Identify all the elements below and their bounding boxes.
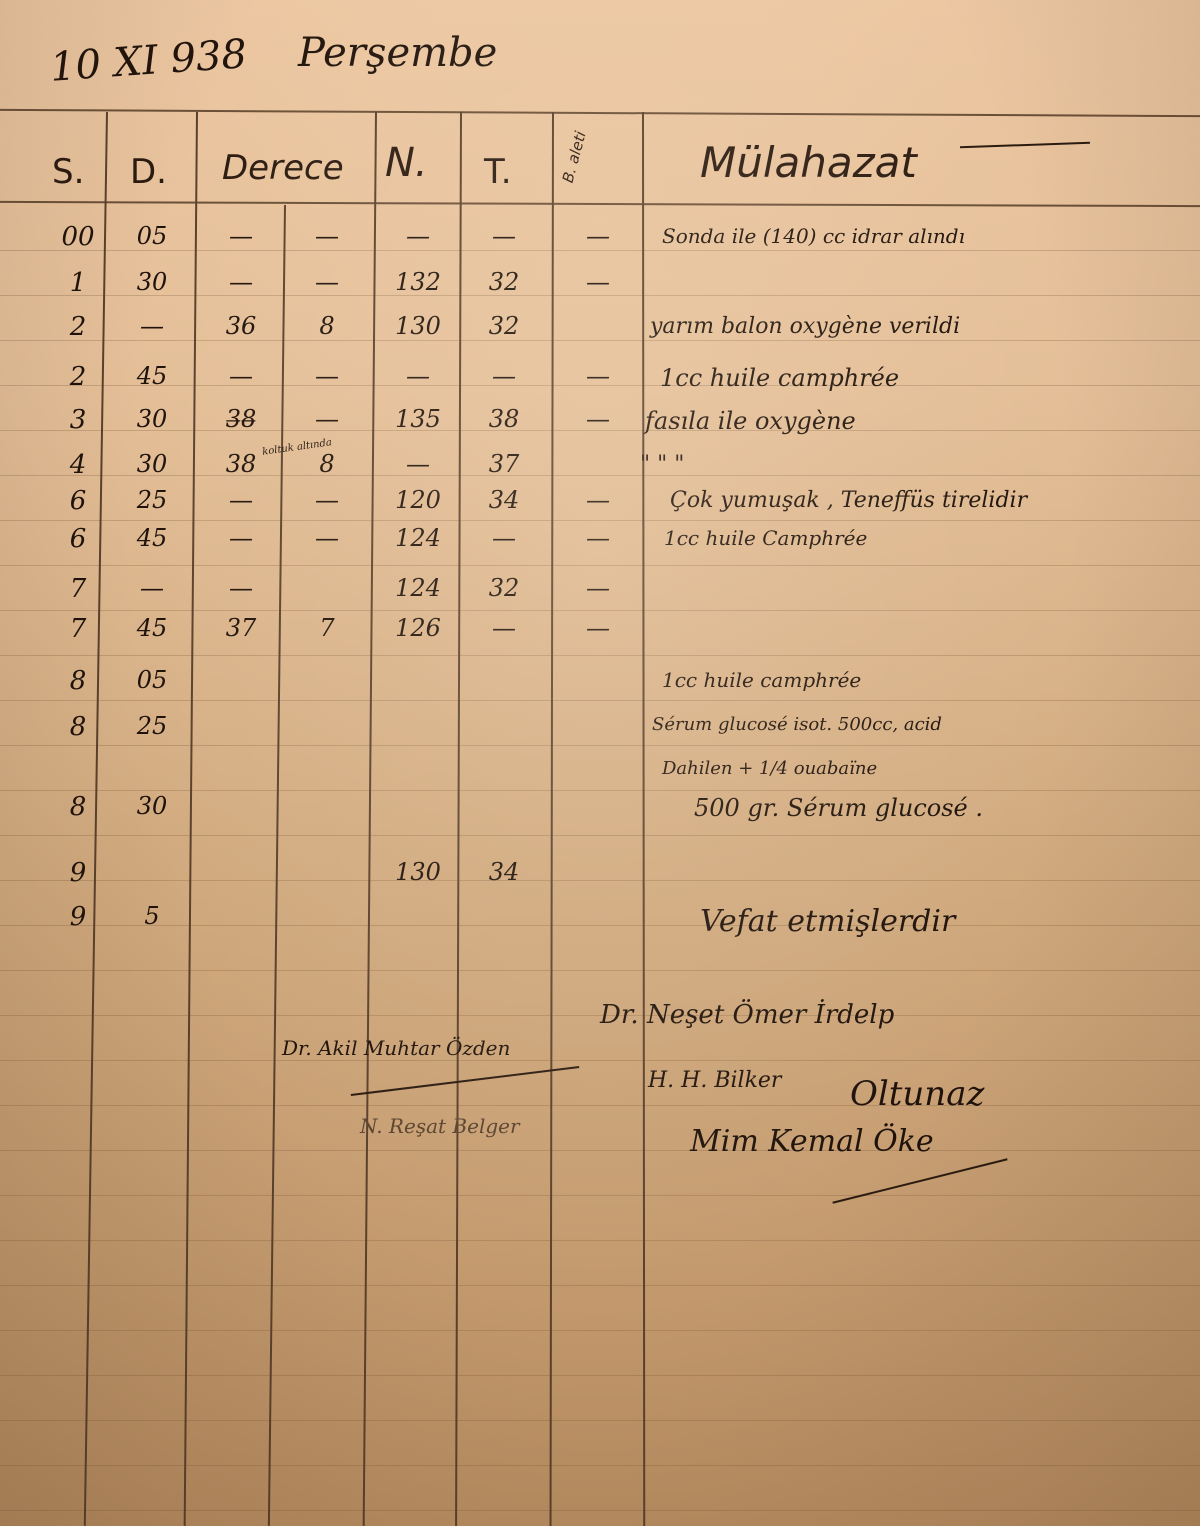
cell-derece-a: 36 — [206, 312, 276, 340]
signature-kemal-oke: Mim Kemal Öke — [690, 1124, 934, 1159]
ruled-line — [0, 655, 1200, 656]
column-divider-t-b — [550, 112, 554, 1526]
ruled-line — [0, 340, 1200, 341]
cell-t: 34 — [466, 486, 542, 514]
mulahazat-note: Sérum glucosé isot. 500cc, acid — [652, 714, 942, 735]
cell-b: — — [560, 486, 636, 514]
cell-s: 7 — [58, 574, 98, 604]
ruled-line — [0, 1195, 1200, 1196]
cell-n: 120 — [382, 486, 454, 514]
signature-flourish-right — [832, 1158, 1007, 1203]
cell-s: 4 — [58, 450, 98, 480]
header-top-line — [0, 109, 1200, 117]
cell-t: 32 — [466, 268, 542, 296]
ruled-line — [0, 1330, 1200, 1331]
cell-t: 37 — [466, 450, 542, 478]
ruled-line — [0, 1420, 1200, 1421]
column-header-t: T. — [484, 152, 512, 192]
ruled-line — [0, 700, 1200, 701]
mulahazat-note: Dahilen + 1/4 ouabaïne — [662, 758, 877, 779]
cell-derece-a: 37 — [206, 614, 276, 642]
cell-derece-b: — — [292, 362, 362, 390]
cell-t: — — [466, 362, 542, 390]
column-divider-b-mulahazat — [642, 112, 645, 1526]
signature-neset-omer: Dr. Neşet Ömer İrdelp — [600, 1000, 894, 1030]
cell-derece-a: — — [206, 574, 276, 602]
mulahazat-note: 1cc huile camphrée — [662, 668, 861, 692]
page-weekday: Perşembe — [298, 30, 497, 76]
cell-n: — — [382, 362, 454, 390]
signature-akil-muhtar: Dr. Akil Muhtar Özden — [282, 1036, 510, 1060]
cell-derece-a: — — [206, 362, 276, 390]
ruled-line — [0, 880, 1200, 881]
ruled-line — [0, 790, 1200, 791]
cell-d: 30 — [122, 450, 182, 478]
cell-derece-a: — — [206, 486, 276, 514]
cell-s: 9 — [58, 858, 98, 888]
cell-derece-b: 8 — [292, 450, 362, 478]
ruled-line — [0, 520, 1200, 521]
column-header-mulahazat: Mülahazat — [700, 138, 917, 187]
ruled-line — [0, 1510, 1200, 1511]
cell-n: 124 — [382, 524, 454, 552]
cell-derece-b: 8 — [292, 312, 362, 340]
cell-d: 5 — [122, 902, 182, 930]
column-header-s: S. — [52, 152, 84, 192]
cell-b: — — [560, 614, 636, 642]
cell-derece-b: — — [292, 222, 362, 250]
mulahazat-note: 500 gr. Sérum glucosé . — [694, 794, 983, 822]
column-divider-derece-n — [363, 112, 377, 1526]
ruled-line — [0, 970, 1200, 971]
ruled-line — [0, 835, 1200, 836]
ruled-line — [0, 1105, 1200, 1106]
cell-s: 2 — [58, 362, 98, 392]
cell-d: 30 — [122, 792, 182, 820]
logbook-page: 10 XI 938 Perşembe S. D. Derece N. T. B.… — [0, 0, 1200, 1526]
cell-s: 6 — [58, 524, 98, 554]
cell-n: — — [382, 222, 454, 250]
column-header-derece: Derece — [222, 148, 344, 188]
signature-bilker: H. H. Bilker — [648, 1068, 781, 1093]
mulahazat-note: Çok yumuşak , Teneffüs tirelidir — [670, 488, 1027, 513]
cell-n: 130 — [382, 312, 454, 340]
cell-b: — — [560, 405, 636, 433]
cell-b: — — [560, 222, 636, 250]
signature-oltunaz: Oltunaz — [850, 1074, 984, 1114]
cell-b: — — [560, 268, 636, 296]
cell-t: — — [466, 614, 542, 642]
cell-t: 34 — [466, 858, 542, 886]
cell-b: — — [560, 362, 636, 390]
mulahazat-note: 1cc huile Camphrée — [664, 526, 867, 550]
header-bottom-line — [0, 201, 1200, 207]
cell-d: — — [122, 574, 182, 602]
ruled-line — [0, 1240, 1200, 1241]
ruled-line — [0, 745, 1200, 746]
mulahazat-note: Vefat etmişlerdir — [700, 904, 955, 939]
cell-derece-a: — — [206, 524, 276, 552]
ruled-line — [0, 250, 1200, 251]
cell-s: 1 — [58, 268, 98, 298]
cell-s: 3 — [58, 405, 98, 435]
signature-flourish — [351, 1066, 580, 1096]
cell-derece-b: — — [292, 486, 362, 514]
column-header-d: D. — [130, 152, 167, 192]
cell-derece-b: — — [292, 268, 362, 296]
mulahazat-note: " " " — [640, 452, 684, 477]
ruled-line — [0, 1060, 1200, 1061]
ruled-line — [0, 565, 1200, 566]
signature-resat-belger: N. Reşat Belger — [360, 1114, 520, 1138]
cell-d: — — [122, 312, 182, 340]
cell-d: 45 — [122, 524, 182, 552]
cell-b: — — [560, 524, 636, 552]
cell-n: 126 — [382, 614, 454, 642]
ruled-line — [0, 1150, 1200, 1151]
ruled-line — [0, 1465, 1200, 1466]
cell-d: 45 — [122, 362, 182, 390]
cell-s: 2 — [58, 312, 98, 342]
cell-s: 8 — [58, 666, 98, 696]
column-divider-d-derece — [184, 112, 198, 1526]
cell-d: 45 — [122, 614, 182, 642]
ruled-line — [0, 1375, 1200, 1376]
cell-n: 130 — [382, 858, 454, 886]
mulahazat-note: yarım balon oxygène verildi — [650, 314, 960, 339]
mulahazat-note: fasıla ile oxygène — [645, 407, 856, 435]
ruled-line — [0, 1285, 1200, 1286]
column-header-n: N. — [385, 140, 428, 186]
cell-d: 30 — [122, 405, 182, 433]
cell-derece-a: — — [206, 222, 276, 250]
mulahazat-underline — [960, 142, 1090, 149]
cell-s: 8 — [58, 792, 98, 822]
cell-s: 8 — [58, 712, 98, 742]
cell-s: 9 — [58, 902, 98, 932]
cell-d: 30 — [122, 268, 182, 296]
mulahazat-note: 1cc huile camphrée — [660, 364, 899, 392]
mulahazat-note: Sonda ile (140) cc idrar alındı — [662, 224, 965, 248]
cell-derece-b: — — [292, 524, 362, 552]
column-header-b-aleti: B. aleti — [559, 129, 590, 184]
page-date: 10 XI 938 — [49, 31, 249, 91]
cell-t: 38 — [466, 405, 542, 433]
cell-s: 7 — [58, 614, 98, 644]
ruled-line — [0, 610, 1200, 611]
cell-s: 00 — [58, 222, 98, 252]
column-divider-derece-sub — [268, 205, 286, 1526]
cell-n: 124 — [382, 574, 454, 602]
cell-d: 05 — [122, 222, 182, 250]
cell-b: — — [560, 574, 636, 602]
cell-t: — — [466, 524, 542, 552]
cell-derece-b: 7 — [292, 614, 362, 642]
cell-t: 32 — [466, 312, 542, 340]
column-divider-n-t — [455, 112, 462, 1526]
cell-d: 25 — [122, 712, 182, 740]
cell-derece-a: 3̶8̶ — [206, 405, 276, 433]
cell-n: 135 — [382, 405, 454, 433]
cell-t: 32 — [466, 574, 542, 602]
cell-n: 132 — [382, 268, 454, 296]
cell-derece-b: — — [292, 405, 362, 433]
cell-d: 25 — [122, 486, 182, 514]
cell-d: 05 — [122, 666, 182, 694]
cell-t: — — [466, 222, 542, 250]
cell-n: — — [382, 450, 454, 478]
cell-s: 6 — [58, 486, 98, 516]
cell-derece-a: — — [206, 268, 276, 296]
